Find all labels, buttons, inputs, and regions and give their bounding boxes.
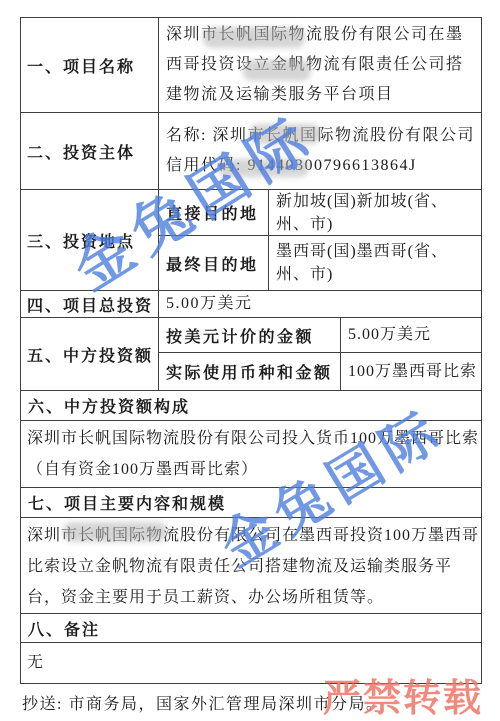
row-investor: 二、投资主体 名称: 深圳市长帆国际物流股份有限公司 信用代码: 9144030… (21, 113, 481, 190)
direct-destination-text: 新加坡(国)新加坡(省、州、市) (276, 190, 479, 236)
actual-currency-value: 100万墨西哥比索 (341, 353, 481, 390)
project-name-value: 深圳市长帆国际物流股份有限公司在墨西哥投资设立金帆物流有限责任公司搭建物流及运输… (159, 18, 481, 112)
total-investment-text: 5.00万美元 (166, 289, 478, 319)
project-info-table: 一、项目名称 深圳市长帆国际物流股份有限公司在墨西哥投资设立金帆物流有限责任公司… (20, 17, 482, 684)
row-project-scope-content: 深圳市长帆国际物流股份有限公司在墨西哥投资100万墨西哥比索设立金帆物流有限责任… (21, 518, 481, 614)
row-investment-composition-header: 六、中方投资额构成 (21, 391, 481, 421)
chinese-investment-label: 五、中方投资额 (21, 318, 159, 390)
investor-company-name: 名称: 深圳市长帆国际物流股份有限公司 (166, 121, 478, 151)
location-label: 三、投资地点 (21, 190, 159, 290)
remarks-text: 无 (21, 643, 481, 683)
investor-value: 名称: 深圳市长帆国际物流股份有限公司 信用代码: 91440300796613… (159, 113, 481, 189)
document-page: 一、项目名称 深圳市长帆国际物流股份有限公司在墨西哥投资设立金帆物流有限责任公司… (0, 0, 500, 721)
usd-amount-row: 按美元计价的金额 5.00万美元 (159, 318, 481, 353)
project-name-label: 一、项目名称 (21, 18, 159, 112)
actual-currency-row: 实际使用币种和金额 100万墨西哥比索 (159, 353, 481, 390)
project-name-text: 深圳市长帆国际物流股份有限公司在墨西哥投资设立金帆物流有限责任公司搭建物流及运输… (166, 20, 478, 110)
row-remarks-content: 无 (21, 643, 481, 683)
row-remarks-header: 八、备注 (21, 614, 481, 643)
investment-composition-header: 六、中方投资额构成 (21, 391, 481, 420)
location-subrows: 直接目的地 新加坡(国)新加坡(省、州、市) 最终目的地 墨西哥(国)墨西哥(省… (159, 190, 481, 290)
total-investment-label: 四、项目总投资 (21, 291, 159, 317)
final-destination-row: 最终目的地 墨西哥(国)墨西哥(省、州、市) (159, 236, 481, 290)
direct-destination-label: 直接目的地 (159, 190, 269, 235)
final-destination-text: 墨西哥(国)墨西哥(省、州、市) (276, 240, 479, 286)
direct-destination-value: 新加坡(国)新加坡(省、州、市) (269, 190, 481, 235)
row-chinese-investment: 五、中方投资额 按美元计价的金额 5.00万美元 实际使用币种和金额 100万墨… (21, 318, 481, 391)
project-scope-header: 七、项目主要内容和规模 (21, 488, 481, 517)
actual-currency-text: 100万墨西哥比索 (348, 361, 479, 383)
investor-credit-code: 信用代码: 91440300796613864J (166, 151, 478, 181)
project-scope-text: 深圳市长帆国际物流股份有限公司在墨西哥投资100万墨西哥比索设立金帆物流有限责任… (21, 518, 481, 613)
usd-amount-text: 5.00万美元 (348, 324, 479, 346)
final-destination-value: 墨西哥(国)墨西哥(省、州、市) (269, 236, 481, 290)
cc-note: 抄送: 市商务局，国家外汇管理局深圳市分局。 (22, 691, 383, 714)
actual-currency-label: 实际使用币种和金额 (159, 353, 341, 390)
row-investment-location: 三、投资地点 直接目的地 新加坡(国)新加坡(省、州、市) 最终目的地 墨西哥(… (21, 190, 481, 291)
direct-destination-row: 直接目的地 新加坡(国)新加坡(省、州、市) (159, 190, 481, 236)
investor-label: 二、投资主体 (21, 113, 159, 189)
usd-amount-label: 按美元计价的金额 (159, 318, 341, 352)
row-project-name: 一、项目名称 深圳市长帆国际物流股份有限公司在墨西哥投资设立金帆物流有限责任公司… (21, 18, 481, 113)
chinese-investment-subrows: 按美元计价的金额 5.00万美元 实际使用币种和金额 100万墨西哥比索 (159, 318, 481, 390)
final-destination-label: 最终目的地 (159, 236, 269, 290)
investment-composition-text: 深圳市长帆国际物流股份有限公司投入货币100万墨西哥比索（自有资金100万墨西哥… (21, 421, 481, 487)
row-project-scope-header: 七、项目主要内容和规模 (21, 488, 481, 518)
total-investment-value: 5.00万美元 (159, 291, 481, 317)
row-investment-composition-content: 深圳市长帆国际物流股份有限公司投入货币100万墨西哥比索（自有资金100万墨西哥… (21, 421, 481, 488)
usd-amount-value: 5.00万美元 (341, 318, 481, 352)
row-total-investment: 四、项目总投资 5.00万美元 (21, 291, 481, 318)
remarks-header: 八、备注 (21, 614, 481, 642)
